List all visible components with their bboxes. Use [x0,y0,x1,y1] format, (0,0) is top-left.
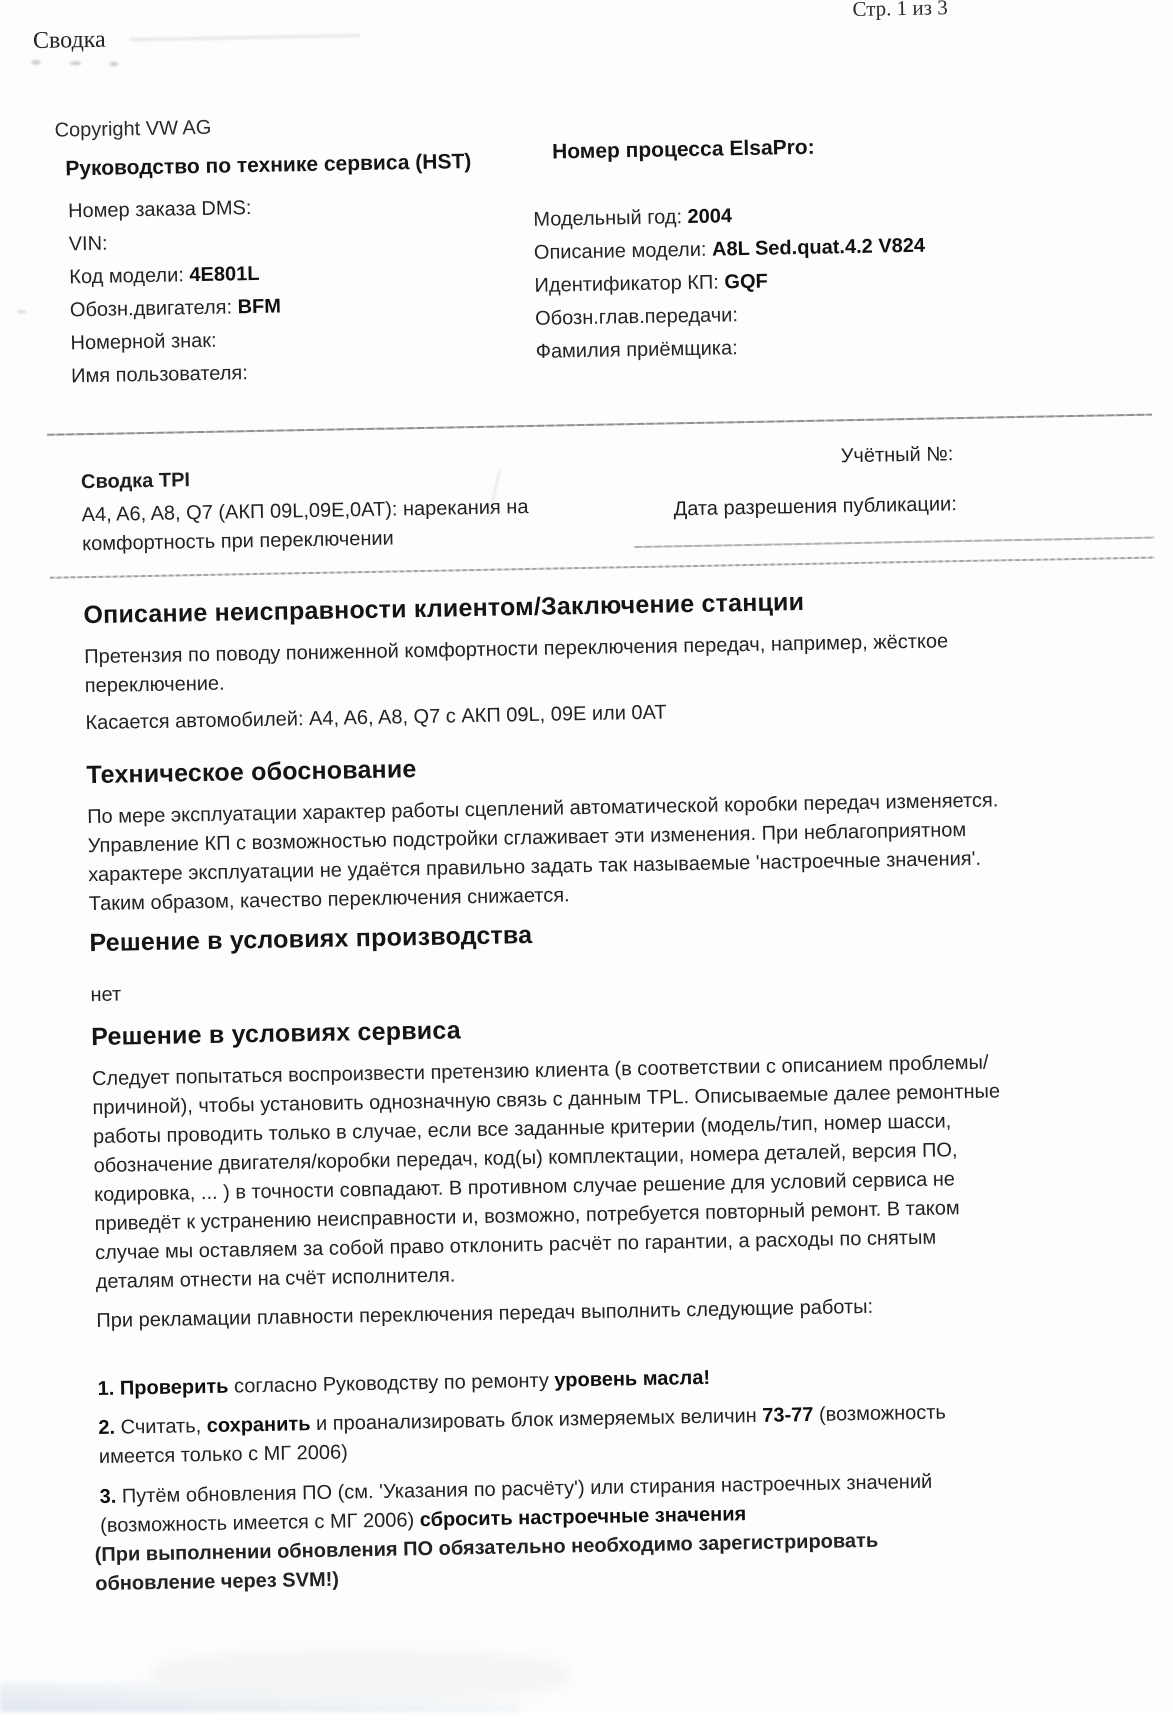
divider-tpi-right [634,537,1154,549]
production-solution-heading: Решение в условиях производства [89,921,532,958]
elsapro-process-label: Номер процесса ElsaPro: [552,136,815,165]
service-solution-paragraph: Следует попытаться воспроизвести претенз… [92,1048,1011,1297]
page-number-indicator: Стр. 1 из 3 [852,0,948,22]
production-solution-text: нет [90,981,121,1011]
field-model-code: Код модели: 4E801L [69,258,281,295]
tpi-summary-title: Сводка TPI [81,469,190,494]
scanned-document-page: Стр. 1 из 3 Сводка Copyright VW AG Руков… [0,0,1173,1712]
scan-content: Стр. 1 из 3 Сводка Copyright VW AG Руков… [0,0,1173,1712]
complaint-paragraph: Претензия по поводу пониженной комфортно… [84,626,1005,701]
service-solution-heading: Решение в условиях сервиса [91,1016,461,1052]
copyright-line: Copyright VW AG [54,117,211,143]
complaint-heading: Описание неисправности клиентом/Заключен… [83,588,804,630]
service-step-1: 1. Проверить согласно Руководству по рем… [97,1358,1027,1404]
divider-header [47,414,1152,436]
divider-tpi [50,557,1155,579]
scan-smudge [69,61,81,65]
header-right-fields: Модельный год: 2004 Описание модели: A8L… [533,197,927,369]
service-steps-intro: При рекламации плавности переключения пе… [96,1289,1076,1336]
document-title: Руководство по технике сервиса (HST) [65,150,471,181]
header-left-fields: Номер заказа DMS: VIN: Код модели: 4E801… [68,192,283,394]
tpi-subject: A4, A6, A8, Q7 (АКП 09L,09E,0AT): нарека… [81,491,622,559]
field-receiver-name: Фамилия приёмщика: [535,329,927,369]
field-license-plate: Номерной знак: [70,324,282,361]
service-steps-list: 1. Проверить согласно Руководству по рем… [97,1358,1030,1552]
scan-mark [18,310,26,313]
doc-tab-title: Сводка [33,27,106,55]
field-vin: VIN: [68,225,280,262]
scan-smudge [109,61,118,66]
field-user-name: Имя пользователя: [71,356,283,393]
service-step-2: 2. Считать, сохранить и проанализировать… [98,1398,994,1472]
account-number-label: Учётный №: [841,443,954,468]
field-engine-code: Обозн.двигателя: BFM [70,291,282,328]
field-dms-order: Номер заказа DMS: [68,192,280,229]
technical-paragraph: По мере эксплуатации характер работы сце… [87,786,1009,919]
scan-smudge [31,60,40,65]
technical-heading: Техническое обоснование [86,755,417,790]
scan-streak [130,34,360,41]
publication-date-label: Дата разрешения публикации: [673,493,957,521]
